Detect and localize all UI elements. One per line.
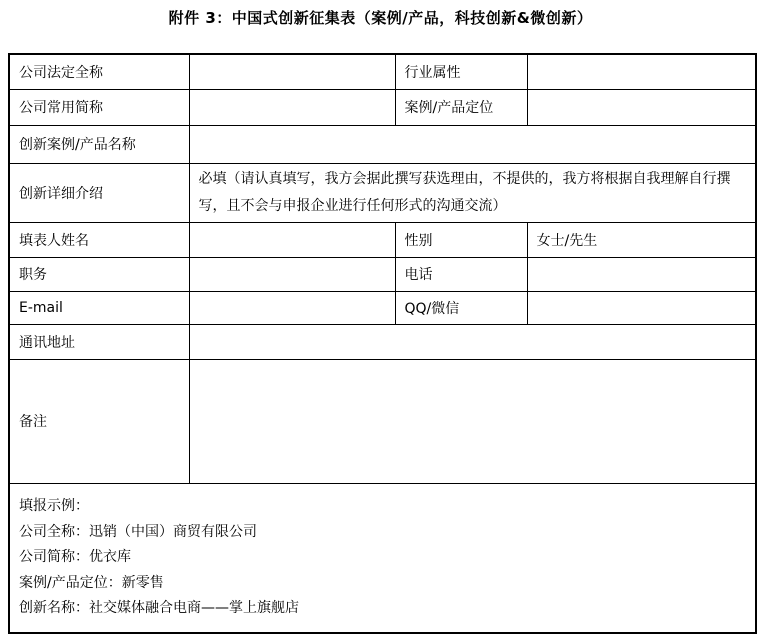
table-row: 填报示例： 公司全称：迅销（中国）商贸有限公司 公司简称：优衣库 案例/产品定位… xyxy=(9,483,756,633)
example-heading: 填报示例： xyxy=(19,494,746,520)
company-full-name-field[interactable] xyxy=(189,54,395,89)
qq-wechat-label: QQ/微信 xyxy=(395,291,527,324)
mailing-address-field[interactable] xyxy=(189,324,756,359)
case-product-positioning-label: 案例/产品定位 xyxy=(395,89,527,125)
document-page: 附件 3：中国式创新征集表（案例/产品，科技创新&微创新） 公司法定全称 行业属… xyxy=(0,0,761,638)
job-title-field[interactable] xyxy=(189,257,395,291)
table-row: 职务 电话 xyxy=(9,257,756,291)
innovation-form-table: 公司法定全称 行业属性 公司常用简称 案例/产品定位 创新案例/产品名称 创新详… xyxy=(8,53,757,634)
table-row: 通讯地址 xyxy=(9,324,756,359)
company-short-name-field[interactable] xyxy=(189,89,395,125)
industry-label: 行业属性 xyxy=(395,54,527,89)
example-line-case-positioning: 案例/产品定位：新零售 xyxy=(19,571,746,597)
table-row: 公司法定全称 行业属性 xyxy=(9,54,756,89)
document-title: 附件 3：中国式创新征集表（案例/产品，科技创新&微创新） xyxy=(0,7,761,28)
mailing-address-label: 通讯地址 xyxy=(9,324,189,359)
innovation-detail-label: 创新详细介绍 xyxy=(9,163,189,222)
filler-name-field[interactable] xyxy=(189,222,395,257)
remarks-label: 备注 xyxy=(9,359,189,483)
table-row: E-mail QQ/微信 xyxy=(9,291,756,324)
email-label: E-mail xyxy=(9,291,189,324)
table-row: 备注 xyxy=(9,359,756,483)
table-row: 创新案例/产品名称 xyxy=(9,125,756,163)
example-section: 填报示例： 公司全称：迅销（中国）商贸有限公司 公司简称：优衣库 案例/产品定位… xyxy=(9,483,756,633)
remarks-field[interactable] xyxy=(189,359,756,483)
phone-label: 电话 xyxy=(395,257,527,291)
gender-field[interactable]: 女士/先生 xyxy=(527,222,756,257)
example-line-company-full-name: 公司全称：迅销（中国）商贸有限公司 xyxy=(19,520,746,546)
case-product-positioning-field[interactable] xyxy=(527,89,756,125)
company-short-name-label: 公司常用简称 xyxy=(9,89,189,125)
industry-field[interactable] xyxy=(527,54,756,89)
table-row: 创新详细介绍 必填（请认真填写，我方会据此撰写获选理由，不提供的，我方将根据自我… xyxy=(9,163,756,222)
phone-field[interactable] xyxy=(527,257,756,291)
qq-wechat-field[interactable] xyxy=(527,291,756,324)
table-row: 填表人姓名 性别 女士/先生 xyxy=(9,222,756,257)
innovation-case-name-field[interactable] xyxy=(189,125,756,163)
email-field[interactable] xyxy=(189,291,395,324)
gender-label: 性别 xyxy=(395,222,527,257)
innovation-detail-note: 必填（请认真填写，我方会据此撰写获选理由，不提供的，我方将根据自我理解自行撰写，… xyxy=(189,163,756,222)
example-line-innovation-name: 创新名称：社交媒体融合电商——掌上旗舰店 xyxy=(19,596,746,622)
example-line-company-short-name: 公司简称：优衣库 xyxy=(19,545,746,571)
filler-name-label: 填表人姓名 xyxy=(9,222,189,257)
company-full-name-label: 公司法定全称 xyxy=(9,54,189,89)
job-title-label: 职务 xyxy=(9,257,189,291)
innovation-case-name-label: 创新案例/产品名称 xyxy=(9,125,189,163)
table-row: 公司常用简称 案例/产品定位 xyxy=(9,89,756,125)
